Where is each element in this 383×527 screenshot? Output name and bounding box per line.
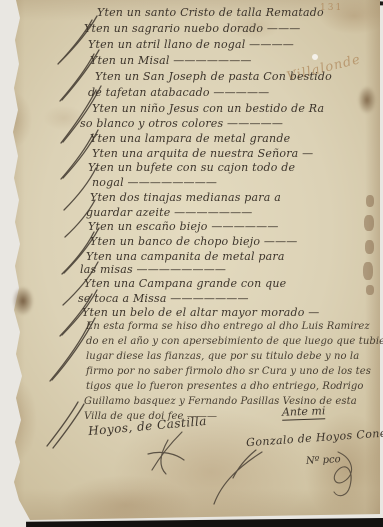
torn-edge-mark	[365, 240, 374, 254]
manuscript-scan: 131 Villalonde Yten un santo Cristo de t…	[0, 0, 383, 527]
inventory-line: Yten una campanita de metal para	[86, 251, 285, 262]
inventory-line: Yten un santo Cristo de talla Rematado	[97, 7, 324, 18]
torn-edge-mark	[366, 195, 374, 207]
torn-edge-mark	[364, 215, 374, 231]
closing-line: En esta forma se hiso dho entrego al dho…	[86, 322, 370, 332]
closing-line: lugar diese las fianzas, que por su titu…	[86, 352, 359, 362]
inventory-line: Yten un sagrario nuebo dorado ———	[84, 23, 300, 34]
closing-line: do en el año y con apersebimiento de que…	[86, 337, 383, 347]
inventory-line: nogal ————————	[92, 177, 217, 188]
torn-edge-mark	[366, 285, 374, 295]
inventory-line: las misas ————————	[80, 264, 226, 275]
inventory-line: Yten un bufete con su cajon todo de	[88, 162, 295, 173]
inventory-line: Yten un San Joseph de pasta Con bestido	[95, 71, 332, 82]
inventory-line: Yten un Misal ———————	[90, 55, 252, 66]
inventory-line: Yten una lampara de metal grande	[90, 133, 290, 144]
inventory-line: Yten una Campana grande con que	[84, 278, 286, 289]
inventory-line: so blanco y otros colores —————	[80, 118, 283, 129]
inventory-line: Yten un niño Jesus con un bestido de Ra	[92, 103, 324, 114]
ink-stain-right	[358, 86, 376, 114]
ink-stain-left	[12, 286, 34, 316]
inventory-line: se toca a Missa ———————	[78, 293, 249, 304]
inventory-line: de tafetan atabacado —————	[88, 87, 269, 98]
closing-line: firmo por no saber firmolo dho sr Cura y…	[86, 367, 371, 377]
notary-title: Nº pco	[306, 455, 341, 467]
inventory-line: guardar azeite ———————	[86, 207, 253, 218]
ante-mi-label: Ante mi	[282, 405, 326, 421]
inventory-line: Yten un escaño biejo ——————	[88, 221, 279, 232]
inventory-line: Yten dos tinajas medianas para a	[90, 192, 281, 203]
inventory-line: Yten un belo de el altar mayor morado —	[82, 307, 319, 318]
torn-edge-mark	[363, 262, 373, 280]
scanner-edge-bottom	[26, 518, 383, 527]
inventory-line: Yten un banco de chopo biejo ———	[90, 236, 297, 247]
paper-speck	[312, 54, 318, 60]
inventory-line: Yten una arquita de nuestra Señora —	[92, 148, 313, 159]
inventory-line: Yten un atril llano de nogal ————	[88, 39, 294, 50]
closing-line: tigos que lo fueron presentes a dho entr…	[86, 382, 364, 392]
